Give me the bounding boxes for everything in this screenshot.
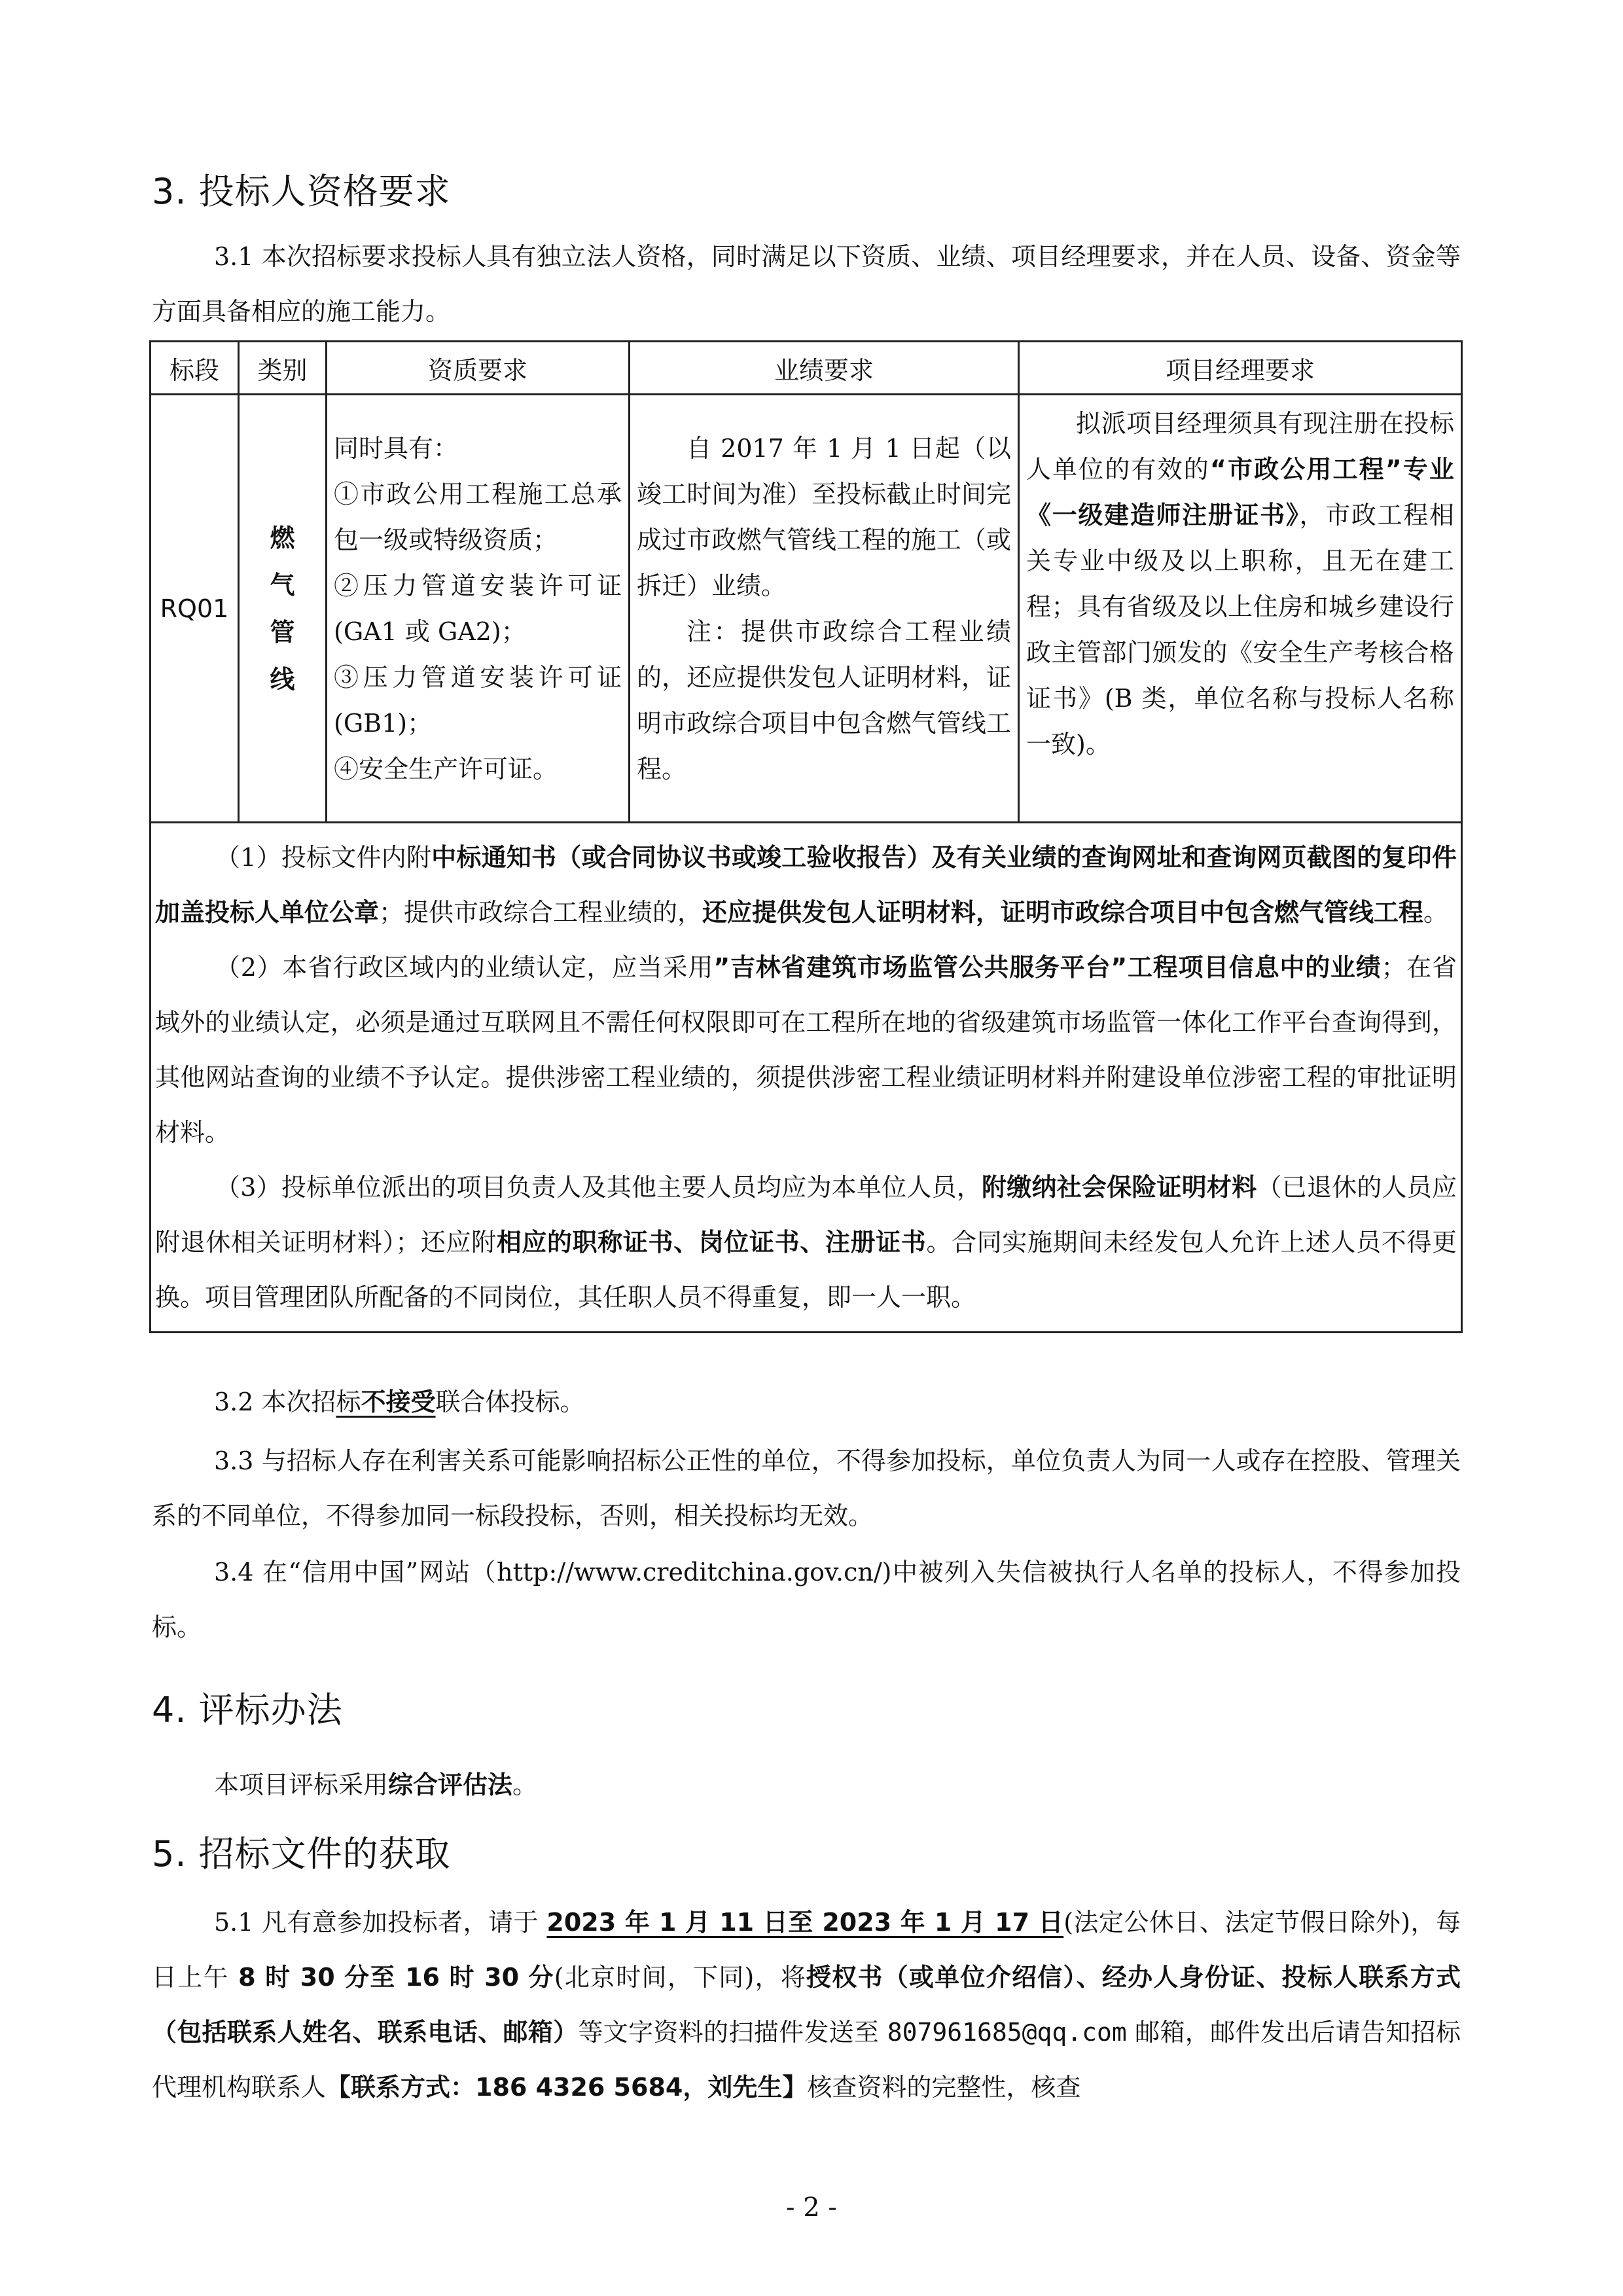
manager-requirement: 拟派项目经理须具有现注册在投标人单位的有效的“市政公用工程”专业《一级建造师注册… [1026,401,1454,767]
table-header-row: 标段 类别 资质要求 业绩要求 项目经理要求 [151,342,1462,395]
p4-method: 综合评估法 [388,1770,512,1799]
performance-main: 自 2017 年 1 月 1 日起（以竣工时间为准）至投标截止时间完成过市政燃气… [637,425,1011,609]
note-text: ；提供市政综合工程业绩的， [379,898,702,927]
page-number: - 2 - [0,2193,1623,2223]
category-char: 燃 [246,514,319,562]
paragraph-4: 本项目评标采用综合评估法。 [152,1757,1461,1812]
p32-underlined: 标 [336,1388,361,1416]
section-5-heading: 5. 招标文件的获取 [152,1826,451,1876]
p51-text: 等文字资料的扫描件发送至 [578,2018,887,2047]
qualification-item: ②压力管道安装许可证(GA1 或 GA2)； [334,563,622,655]
note-text: （2）本省行政区域内的业绩认定，应当采用 [215,953,713,982]
section-4-heading: 4. 评标办法 [152,1682,343,1732]
note-text: 。 [1423,898,1448,927]
note-bold: ”吉林省建筑市场监管公共服务平台”工程项目信息中的业绩 [713,953,1381,982]
category-char: 管 [246,609,319,656]
p51-text: 5.1 凡有意参加投标者，请于 [214,1908,546,1937]
p32-text: 3.2 本次招 [214,1388,336,1416]
p51-date-range: 2023 年 1 月 11 日至 2023 年 1 月 17 日 [546,1908,1063,1937]
header-performance: 业绩要求 [630,342,1019,395]
note-bold: 相应的职称证书、岗位证书、注册证书 [497,1228,927,1257]
note-bold: 附缴纳社会保险证明材料 [982,1173,1257,1202]
qualification-item: ④安全生产许可证。 [334,746,622,792]
cell-notes: （1）投标文件内附中标通知书（或合同协议书或竣工验收报告）及有关业绩的查询网址和… [151,823,1462,1333]
header-qualification: 资质要求 [327,342,630,395]
paragraph-3-1: 3.1 本次招标要求投标人具有独立法人资格，同时满足以下资质、业绩、项目经理要求… [152,229,1461,339]
note-text: （3）投标单位派出的项目负责人及其他主要人员均应为本单位人员， [215,1173,982,1202]
p51-text: 核查资料的完整性，核查 [807,2073,1080,2102]
p51-hours: 8 时 30 分至 16 时 30 分 [229,1963,554,1992]
cell-category: 燃气管线 [239,395,327,823]
section-3-heading: 3. 投标人资格要求 [152,164,451,214]
header-manager: 项目经理要求 [1019,342,1462,395]
category-char: 气 [246,562,319,609]
note-2: （2）本省行政区域内的业绩认定，应当采用”吉林省建筑市场监管公共服务平台”工程项… [155,940,1457,1160]
p51-email[interactable]: 807961685@qq.com [887,2018,1127,2047]
category-vertical-text: 燃气管线 [246,514,319,703]
table-notes-row: （1）投标文件内附中标通知书（或合同协议书或竣工验收报告）及有关业绩的查询网址和… [151,823,1462,1333]
note-1: （1）投标文件内附中标通知书（或合同协议书或竣工验收报告）及有关业绩的查询网址和… [155,830,1457,940]
requirements-table: 标段 类别 资质要求 业绩要求 项目经理要求 RQ01 燃气管线 同时具有： ①… [149,340,1463,1333]
paragraph-3-4: 3.4 在“信用中国”网站（http://www.creditchina.gov… [152,1545,1461,1655]
p51-contact: 【联系方式：186 4326 5684，刘先生】 [326,2073,807,2102]
note-3: （3）投标单位派出的项目负责人及其他主要人员均应为本单位人员，附缴纳社会保险证明… [155,1160,1457,1325]
note-text: ；在省域外的业绩认定，必须是通过互联网且不需任何权限即可在工程所在地的省级建筑市… [155,953,1457,1147]
p51-text: (北京时间，下同)，将 [554,1963,806,1992]
qualification-item: ①市政公用工程施工总承包一级或特级资质； [334,471,622,563]
note-bold: 还应提供发包人证明材料，证明市政综合项目中包含燃气管线工程 [702,898,1423,927]
cell-performance: 自 2017 年 1 月 1 日起（以竣工时间为准）至投标截止时间完成过市政燃气… [630,395,1019,823]
p4-text: 。 [512,1770,537,1799]
cell-qualification: 同时具有： ①市政公用工程施工总承包一级或特级资质； ②压力管道安装许可证(GA… [327,395,630,823]
table-row: RQ01 燃气管线 同时具有： ①市政公用工程施工总承包一级或特级资质； ②压力… [151,395,1462,823]
cell-manager: 拟派项目经理须具有现注册在投标人单位的有效的“市政公用工程”专业《一级建造师注册… [1019,395,1462,823]
cell-bid-section: RQ01 [151,395,239,823]
qualification-item: ③压力管道安装许可证(GB1)； [334,655,622,746]
document-page: 3. 投标人资格要求 3.1 本次招标要求投标人具有独立法人资格，同时满足以下资… [0,0,1623,2296]
paragraph-3-3: 3.3 与招标人存在利害关系可能影响招标公正性的单位，不得参加投标，单位负责人为… [152,1433,1461,1543]
note-text: （1）投标文件内附 [215,843,431,872]
header-category: 类别 [239,342,327,395]
paragraph-3-2: 3.2 本次招标不接受联合体投标。 [152,1374,1461,1429]
p32-text: 联合体投标。 [436,1388,585,1416]
manager-text-2: ，市政工程相关专业中级及以上职称，且无在建工程；具有省级及以上住房和城乡建设行政… [1026,501,1454,759]
paragraph-5-1: 5.1 凡有意参加投标者，请于 2023 年 1 月 11 日至 2023 年 … [152,1895,1461,2115]
header-bid-section: 标段 [151,342,239,395]
qualification-intro: 同时具有： [334,425,622,471]
performance-note: 注：提供市政综合工程业绩的，还应提供发包人证明材料，证明市政综合项目中包含燃气管… [637,609,1011,792]
p4-text: 本项目评标采用 [214,1770,388,1799]
category-char: 线 [246,656,319,703]
p32-not-accepted: 不接受 [361,1388,436,1416]
